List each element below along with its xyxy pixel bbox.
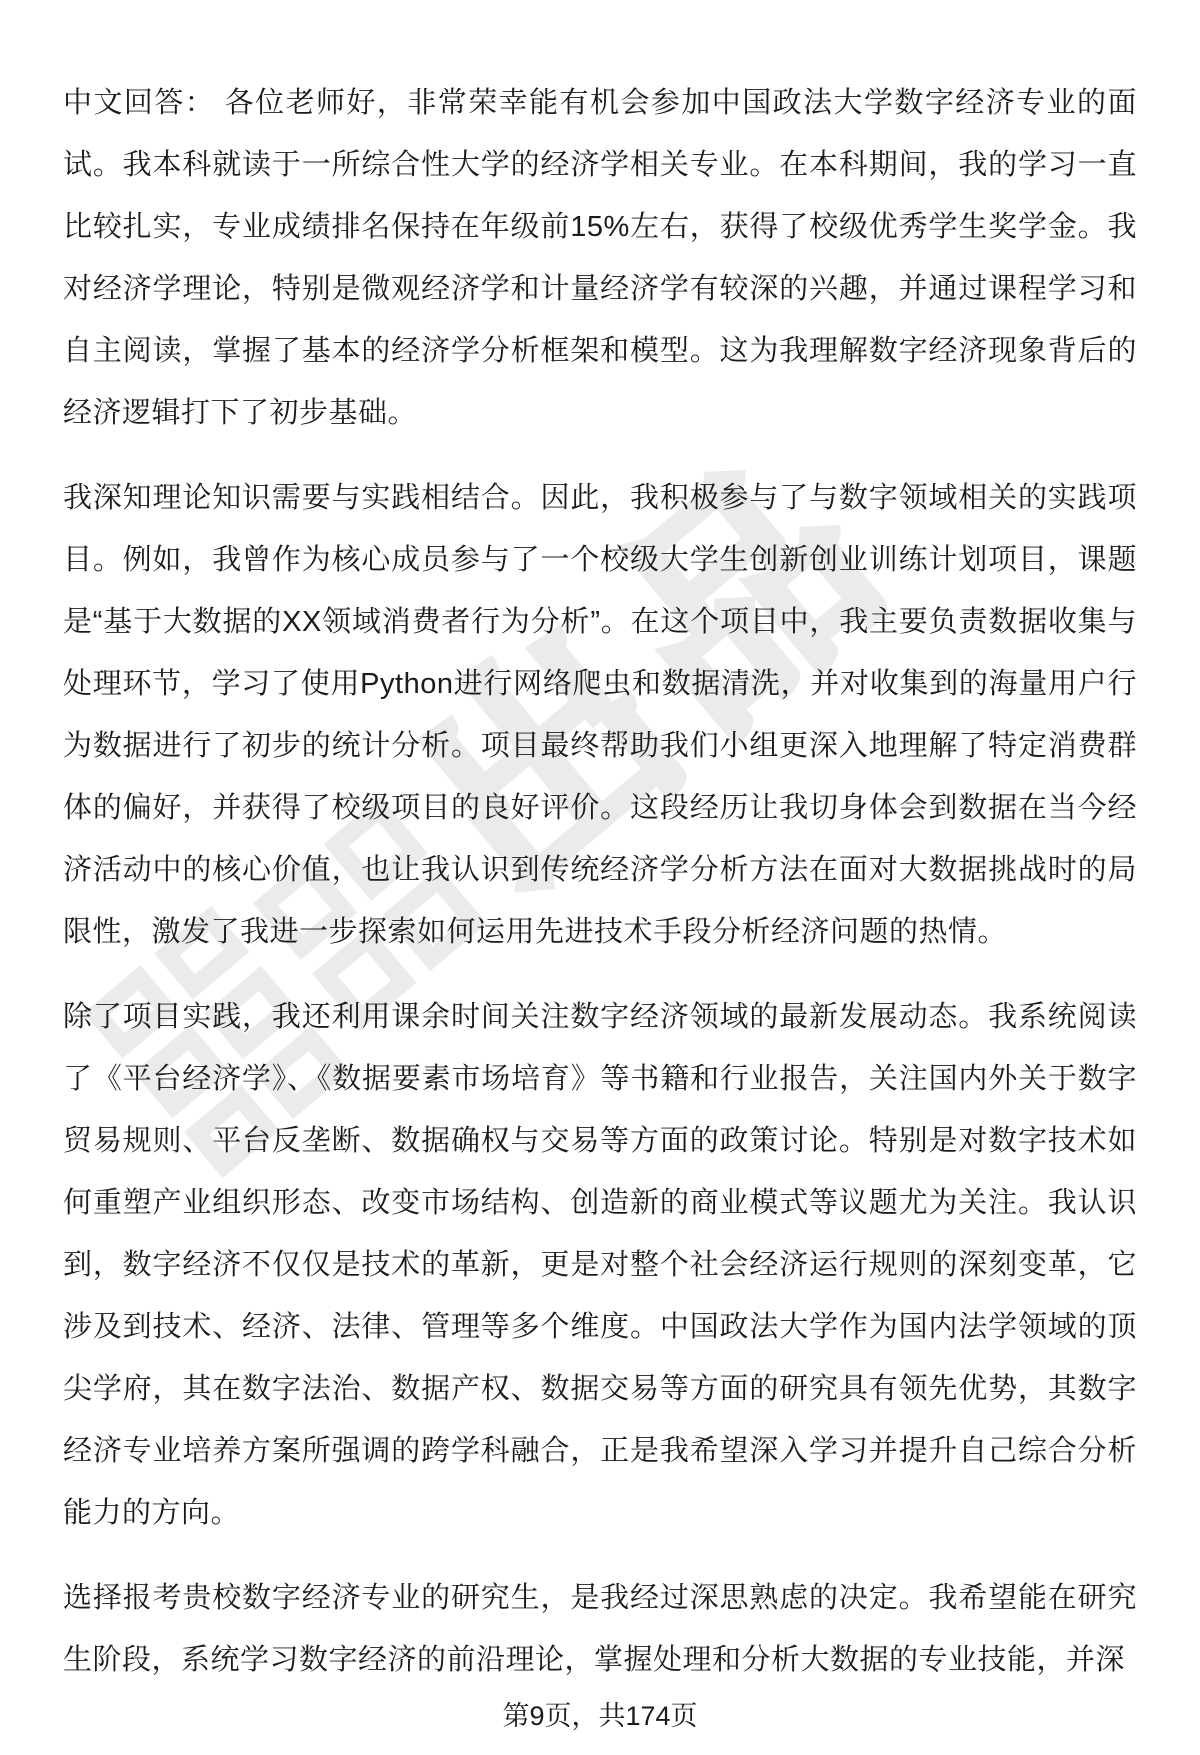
- body-paragraph-1: 中文回答： 各位老师好，非常荣幸能有机会参加中国政法大学数字经济专业的面试。我本…: [63, 72, 1137, 444]
- document-page: 出品 中文回答： 各位老师好，非常荣幸能有机会参加中国政法大学数字经济专业的面试…: [0, 0, 1200, 1755]
- body-paragraph-4: 选择报考贵校数字经济专业的研究生，是我经过深思熟虑的决定。我希望能在研究生阶段，…: [63, 1567, 1137, 1691]
- document-body: 中文回答： 各位老师好，非常荣幸能有机会参加中国政法大学数字经济专业的面试。我本…: [0, 0, 1200, 1691]
- body-paragraph-3: 除了项目实践，我还利用课余时间关注数字经济领域的最新发展动态。我系统阅读了《平台…: [63, 986, 1137, 1544]
- body-paragraph-2: 我深知理论知识需要与实践相结合。因此，我积极参与了与数字领域相关的实践项目。例如…: [63, 467, 1137, 963]
- page-number-indicator: 第9页，共174页: [0, 1694, 1200, 1733]
